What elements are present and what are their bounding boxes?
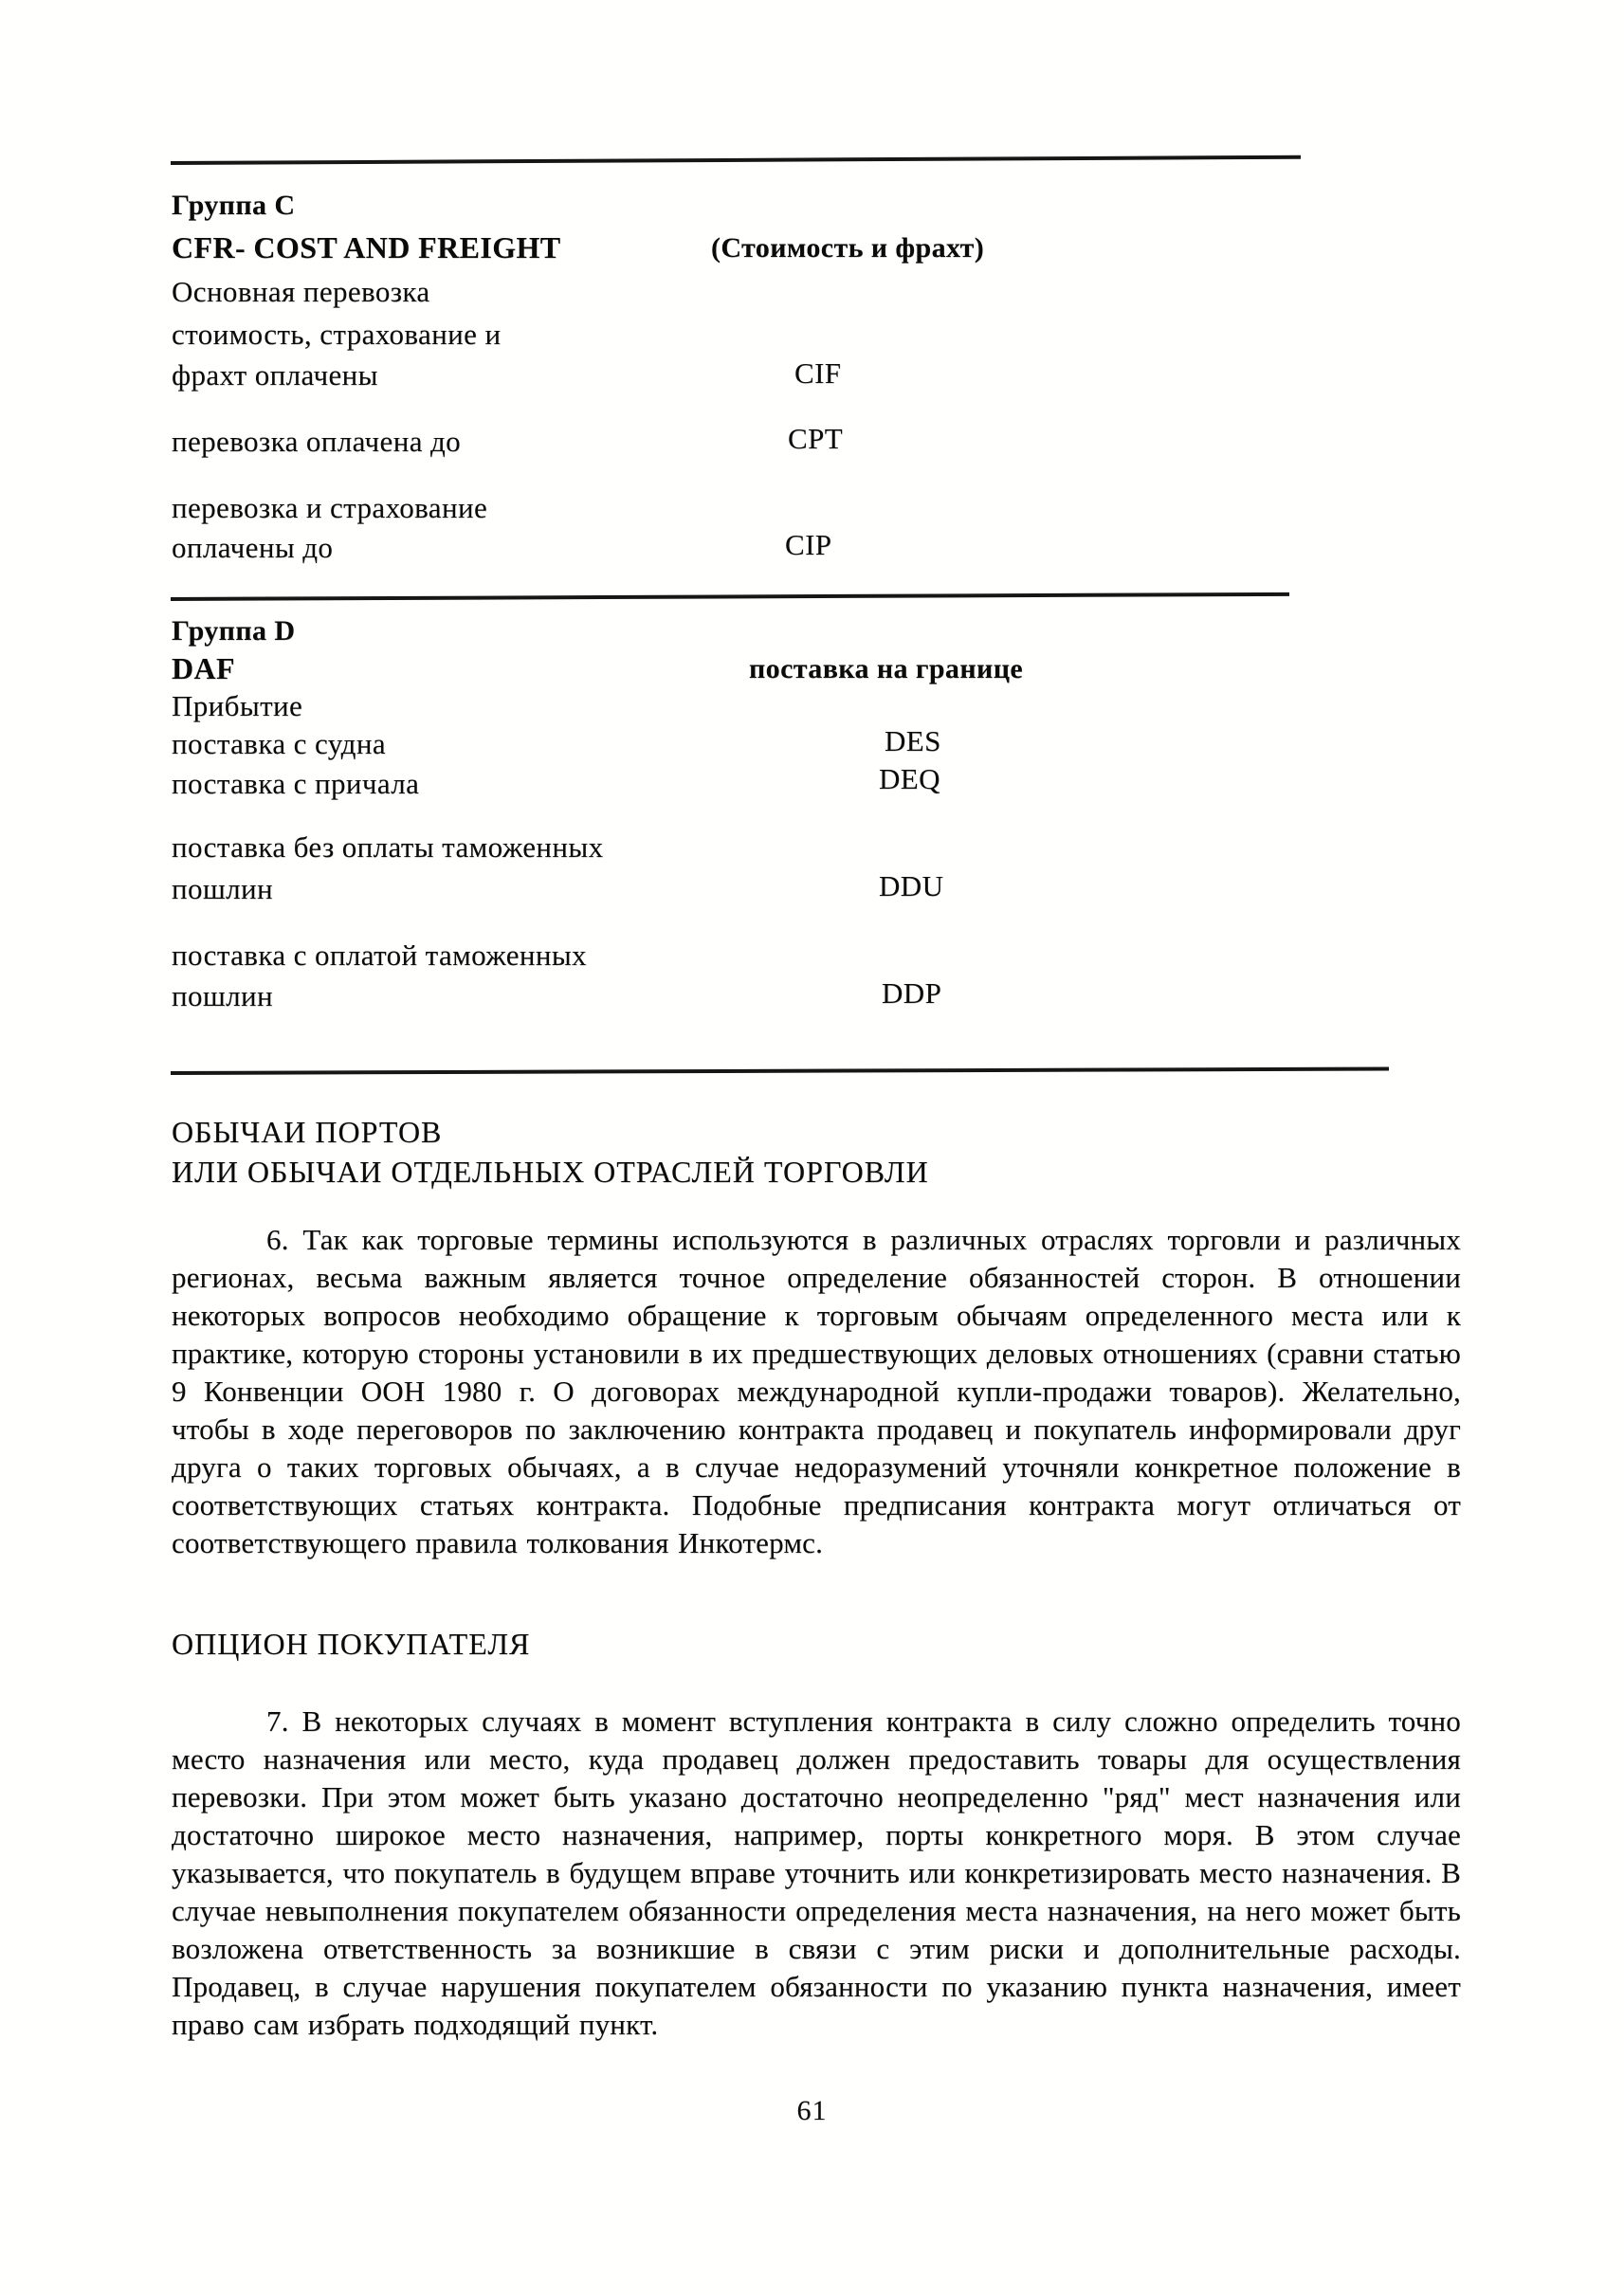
document-page: Группа C CFR- COST AND FREIGHT (Стоимост…: [0, 0, 1624, 2295]
section-buyer-option-heading: ОПЦИОН ПОКУПАТЕЛЯ: [172, 1627, 530, 1662]
group-d-heading: Группа D: [172, 615, 295, 647]
divider-section: [171, 1067, 1389, 1075]
row-cip-label-line2: оплачены до: [172, 531, 333, 565]
group-c-category: Основная перевозка: [172, 275, 430, 309]
group-c-heading: Группа C: [172, 190, 295, 222]
paragraph-6: 6. Так как торговые термины используются…: [172, 1221, 1461, 1562]
group-d-term: DAF: [172, 651, 235, 686]
group-d-term-translation: поставка на границе: [749, 653, 1023, 685]
section-customs-heading-line2: ИЛИ ОБЫЧАИ ОТДЕЛЬНЫХ ОТРАСЛЕЙ ТОРГОВЛИ: [172, 1155, 929, 1190]
code-ddp: DDP: [882, 976, 941, 1011]
row-ddp-label-line2: пошлин: [172, 979, 273, 1013]
code-cif: CIF: [794, 356, 841, 391]
row-cif-label-line2: фрахт оплачены: [172, 358, 378, 392]
code-cip: CIP: [785, 528, 831, 562]
row-ddp-label-line1: поставка с оплатой таможенных: [172, 938, 587, 973]
code-deq: DEQ: [879, 762, 940, 796]
divider-top: [171, 155, 1301, 165]
row-ddu-label-line1: поставка без оплаты таможенных: [172, 830, 604, 865]
row-ddu-label-line2: пошлин: [172, 872, 273, 906]
section-customs-heading-line1: ОБЫЧАИ ПОРТОВ: [172, 1115, 442, 1150]
group-d-category: Прибытие: [172, 689, 302, 723]
row-des-label: поставка с судна: [172, 727, 386, 761]
page-number: 61: [0, 2095, 1624, 2127]
paragraph-7: 7. В некоторых случаях в момент вступлен…: [172, 1703, 1461, 2044]
code-ddu: DDU: [879, 869, 943, 903]
code-cpt: CPT: [788, 422, 843, 456]
row-cif-label-line1: стоимость, страхование и: [172, 318, 501, 352]
divider-group-d: [171, 592, 1289, 601]
row-cpt-label: перевозка оплачена до: [172, 425, 461, 459]
group-c-term: CFR- COST AND FREIGHT: [172, 230, 561, 265]
row-deq-label: поставка с причала: [172, 767, 419, 801]
code-des: DES: [885, 724, 941, 758]
row-cip-label-line1: перевозка и страхование: [172, 491, 487, 525]
group-c-term-translation: (Стоимость и фрахт): [711, 232, 984, 264]
